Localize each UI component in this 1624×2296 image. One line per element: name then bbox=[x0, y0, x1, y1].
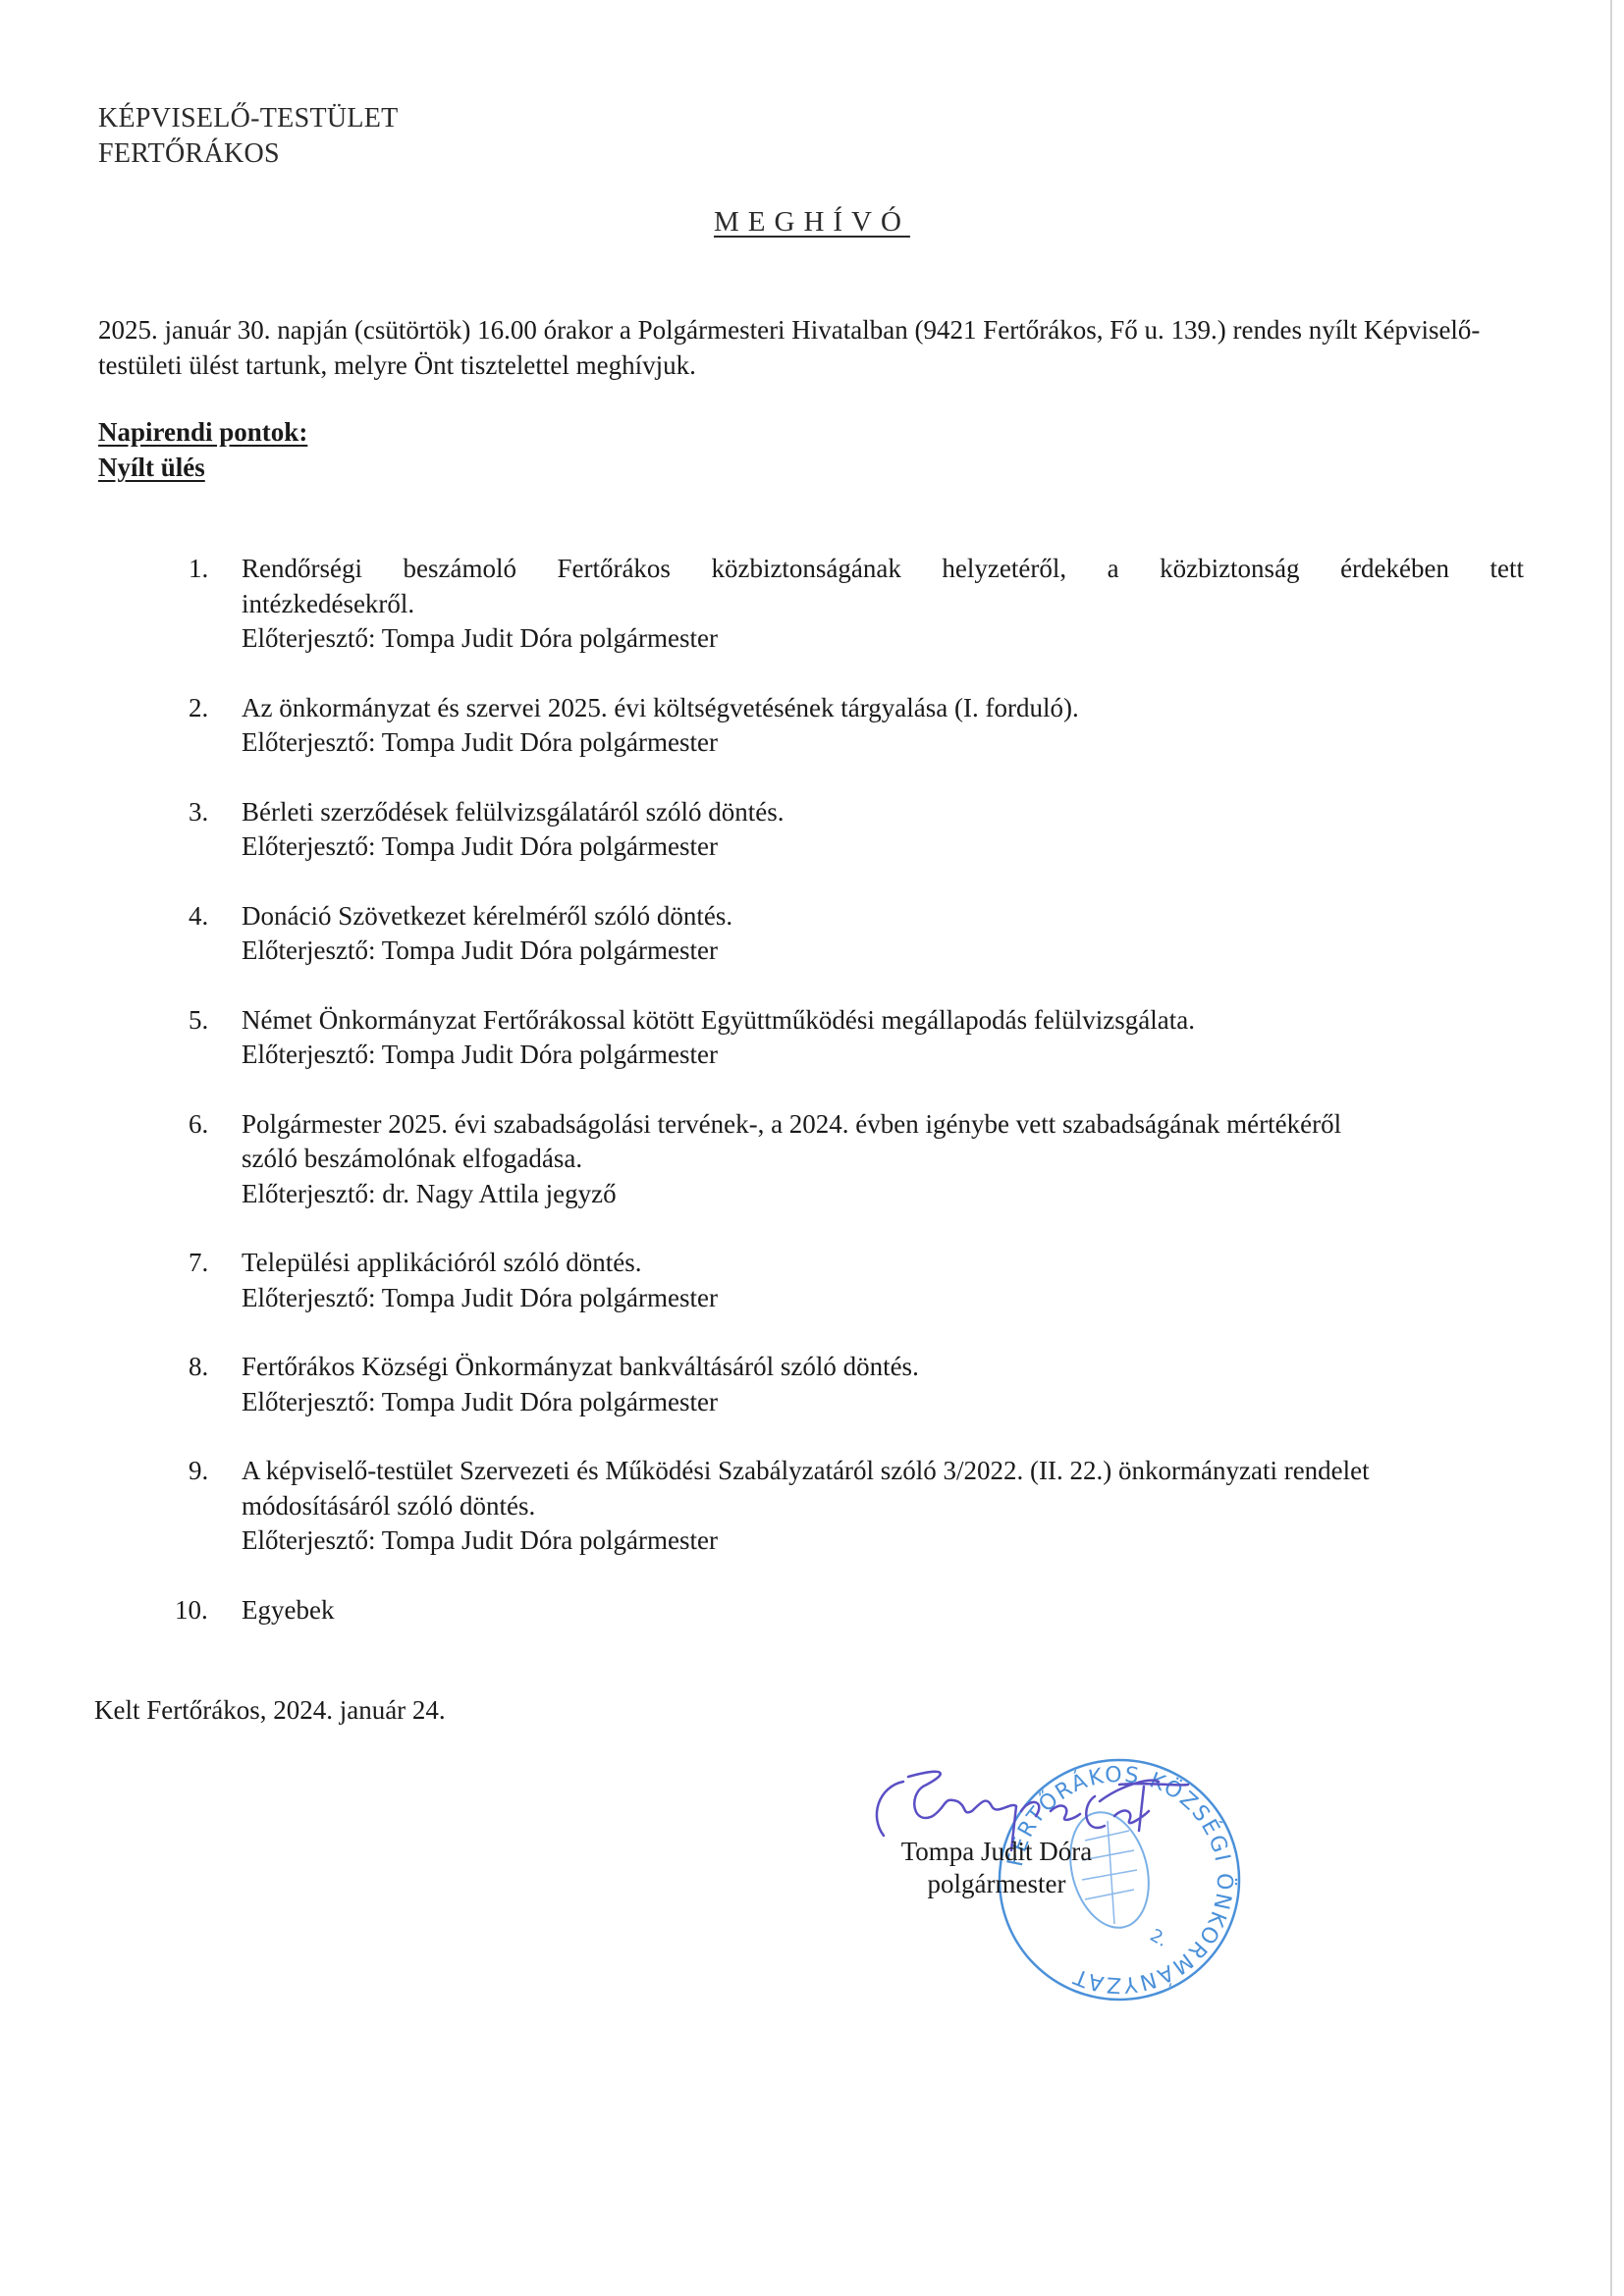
agenda-item-presenter: Előterjesztő: Tompa Judit Dóra polgármes… bbox=[242, 1281, 1524, 1316]
agenda-item-body: Az önkormányzat és szervei 2025. évi köl… bbox=[242, 691, 1524, 761]
agenda-item-body: Bérleti szerződések felülvizsgálatáról s… bbox=[242, 795, 1524, 865]
agenda-item-text: Bérleti szerződések felülvizsgálatáról s… bbox=[242, 795, 1524, 830]
agenda-item-body: Donáció Szövetkezet kérelméről szóló dön… bbox=[242, 899, 1524, 969]
agenda-heading: Napirendi pontok: bbox=[98, 414, 307, 450]
agenda-item-body: A képviselő-testület Szervezeti és Működ… bbox=[242, 1454, 1524, 1559]
agenda-item: 4.Donáció Szövetkezet kérelméről szóló d… bbox=[147, 899, 1524, 969]
page-edge-line bbox=[1610, 0, 1612, 2296]
agenda-item-text: Az önkormányzat és szervei 2025. évi köl… bbox=[242, 691, 1524, 726]
agenda-item: 8.Fertőrákos Községi Önkormányzat bankvá… bbox=[147, 1350, 1524, 1419]
agenda-item: 3.Bérleti szerződések felülvizsgálatáról… bbox=[147, 795, 1524, 865]
agenda-item: 10.Egyebek bbox=[147, 1593, 1524, 1629]
agenda-item-body: Rendőrségi beszámoló Fertőrákos közbizto… bbox=[242, 552, 1524, 657]
agenda-item-number: 2. bbox=[147, 691, 242, 761]
agenda-item-text: intézkedésekről. bbox=[242, 587, 1524, 622]
svg-text:2.: 2. bbox=[1147, 1925, 1171, 1951]
agenda-item-number: 10. bbox=[147, 1593, 242, 1629]
agenda-item-text: Települési applikációról szóló döntés. bbox=[242, 1246, 1524, 1281]
session-heading: Nyílt ülés bbox=[98, 450, 205, 485]
agenda-item: 6.Polgármester 2025. évi szabadságolási … bbox=[147, 1107, 1524, 1212]
agenda-item-text: Donáció Szövetkezet kérelméről szóló dön… bbox=[242, 899, 1524, 934]
agenda-item-presenter: Előterjesztő: Tompa Judit Dóra polgármes… bbox=[242, 1385, 1524, 1420]
agenda-item: 1.Rendőrségi beszámoló Fertőrákos közbiz… bbox=[147, 552, 1524, 657]
signatory-name: Tompa Judit Dóra bbox=[879, 1836, 1114, 1868]
agenda-item-text: szóló beszámolónak elfogadása. bbox=[242, 1142, 1524, 1177]
agenda-item-body: Települési applikációról szóló döntés.El… bbox=[242, 1246, 1524, 1315]
agenda-list: 1.Rendőrségi beszámoló Fertőrákos közbiz… bbox=[147, 552, 1524, 1662]
agenda-item-body: Egyebek bbox=[242, 1593, 1524, 1629]
signatory-role: polgármester bbox=[879, 1868, 1114, 1900]
agenda-item-body: Fertőrákos Községi Önkormányzat bankvált… bbox=[242, 1350, 1524, 1419]
agenda-item-text: A képviselő-testület Szervezeti és Működ… bbox=[242, 1454, 1524, 1489]
invitation-text: 2025. január 30. napján (csütörtök) 16.0… bbox=[98, 312, 1524, 383]
agenda-item-number: 1. bbox=[147, 552, 242, 657]
issuer-header: KÉPVISELŐ-TESTÜLET FERTŐRÁKOS bbox=[98, 101, 399, 172]
document-title: MEGHÍVÓ bbox=[714, 206, 910, 239]
agenda-item-presenter: Előterjesztő: Tompa Judit Dóra polgármes… bbox=[242, 725, 1524, 761]
agenda-item-body: Polgármester 2025. évi szabadságolási te… bbox=[242, 1107, 1524, 1212]
agenda-item-number: 6. bbox=[147, 1107, 242, 1212]
agenda-item: 2.Az önkormányzat és szervei 2025. évi k… bbox=[147, 691, 1524, 761]
agenda-item-presenter: Előterjesztő: Tompa Judit Dóra polgármes… bbox=[242, 934, 1524, 969]
agenda-item-text: Rendőrségi beszámoló Fertőrákos közbizto… bbox=[242, 552, 1524, 587]
agenda-item-presenter: Előterjesztő: dr. Nagy Attila jegyző bbox=[242, 1177, 1524, 1212]
agenda-item-text: Egyebek bbox=[242, 1593, 1524, 1629]
agenda-item-presenter: Előterjesztő: Tompa Judit Dóra polgármes… bbox=[242, 1523, 1524, 1559]
agenda-item-presenter: Előterjesztő: Tompa Judit Dóra polgármes… bbox=[242, 621, 1524, 657]
agenda-item-number: 3. bbox=[147, 795, 242, 865]
agenda-item-number: 8. bbox=[147, 1350, 242, 1419]
date-place: Kelt Fertőrákos, 2024. január 24. bbox=[94, 1695, 446, 1726]
agenda-item-number: 7. bbox=[147, 1246, 242, 1315]
agenda-item-number: 4. bbox=[147, 899, 242, 969]
agenda-item-text: Német Önkormányzat Fertőrákossal kötött … bbox=[242, 1003, 1524, 1039]
agenda-item-presenter: Előterjesztő: Tompa Judit Dóra polgármes… bbox=[242, 829, 1524, 865]
signature-block: Tompa Judit Dóra polgármester bbox=[879, 1836, 1114, 1900]
issuer-line-1: KÉPVISELŐ-TESTÜLET bbox=[98, 101, 399, 136]
agenda-item-number: 5. bbox=[147, 1003, 242, 1073]
agenda-item: 9.A képviselő-testület Szervezeti és Műk… bbox=[147, 1454, 1524, 1559]
agenda-item-text: Fertőrákos Községi Önkormányzat bankvált… bbox=[242, 1350, 1524, 1385]
agenda-item-text: módosításáról szóló döntés. bbox=[242, 1489, 1524, 1524]
agenda-item-number: 9. bbox=[147, 1454, 242, 1559]
agenda-item-presenter: Előterjesztő: Tompa Judit Dóra polgármes… bbox=[242, 1038, 1524, 1073]
agenda-item-body: Német Önkormányzat Fertőrákossal kötött … bbox=[242, 1003, 1524, 1073]
agenda-item: 5.Német Önkormányzat Fertőrákossal kötöt… bbox=[147, 1003, 1524, 1073]
agenda-item-text: Polgármester 2025. évi szabadságolási te… bbox=[242, 1107, 1524, 1143]
agenda-item: 7.Települési applikációról szóló döntés.… bbox=[147, 1246, 1524, 1315]
issuer-line-2: FERTŐRÁKOS bbox=[98, 136, 399, 172]
